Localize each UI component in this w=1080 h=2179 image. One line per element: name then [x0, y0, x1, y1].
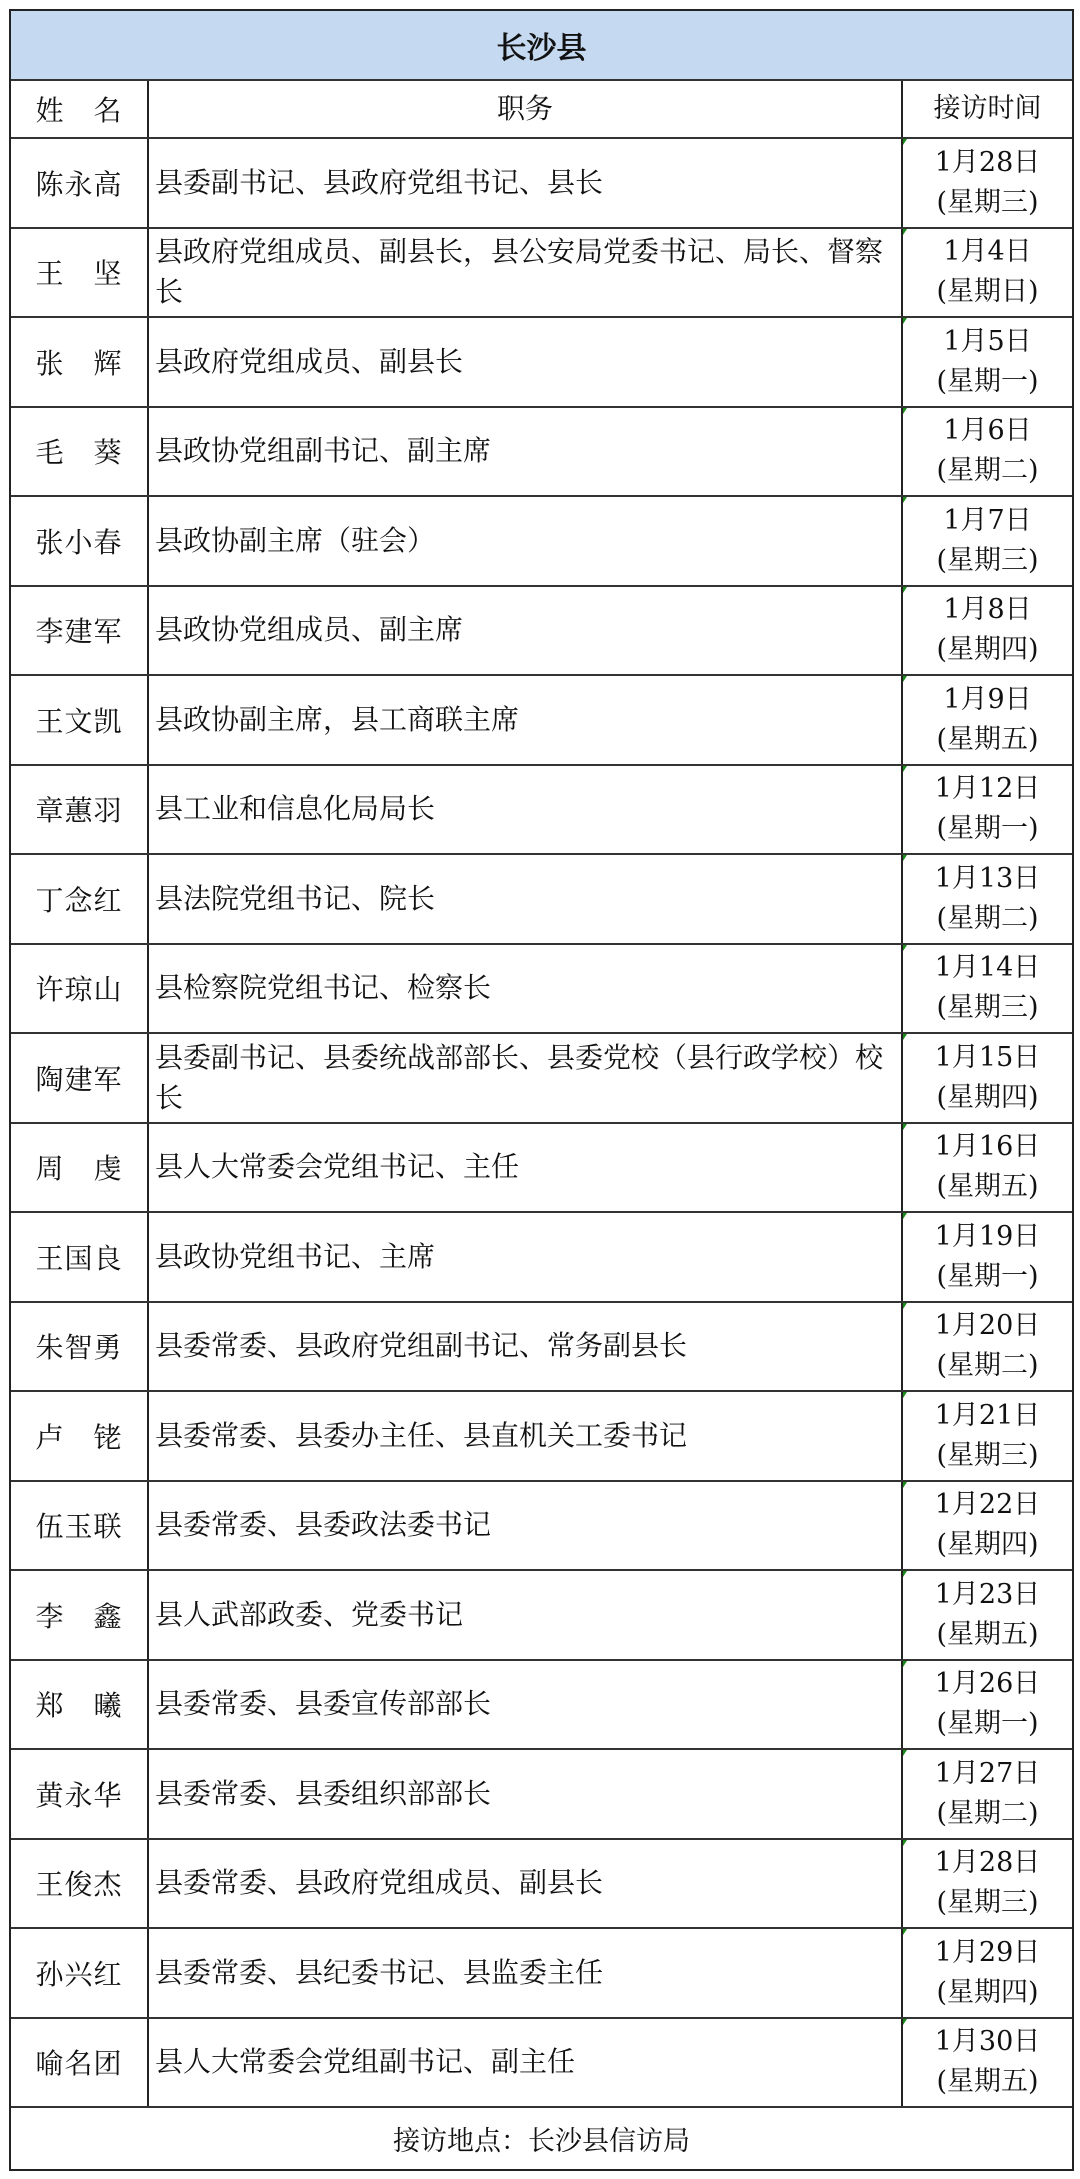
table-title: 长沙县 [11, 11, 1072, 81]
reception-time: 1月16日(星期五) [903, 1124, 1072, 1212]
official-position: 县委常委、县政府党组成员、副县长 [149, 1840, 903, 1928]
reception-date: 1月22日 [935, 1485, 1041, 1525]
reception-weekday: (星期一) [936, 809, 1038, 849]
reception-weekday: (星期三) [936, 541, 1038, 581]
reception-date: 1月5日 [943, 322, 1031, 362]
table-row: 卢 铑县委常委、县委办主任、县直机关工委书记1月21日(星期三) [11, 1392, 1072, 1482]
table-row: 朱智勇县委常委、县政府党组副书记、常务副县长1月20日(星期二) [11, 1303, 1072, 1393]
reception-time: 1月5日(星期一) [903, 318, 1072, 406]
official-position: 县政协党组副书记、副主席 [149, 408, 903, 496]
reception-weekday: (星期五) [936, 720, 1038, 760]
reception-weekday: (星期二) [936, 1794, 1038, 1834]
reception-date: 1月7日 [943, 501, 1031, 541]
reception-time: 1月14日(星期三) [903, 945, 1072, 1033]
table-row: 王文凯县政协副主席，县工商联主席1月9日(星期五) [11, 676, 1072, 766]
reception-time: 1月22日(星期四) [903, 1482, 1072, 1570]
table-row: 毛 葵县政协党组副书记、副主席1月6日(星期二) [11, 408, 1072, 498]
table-row: 王 坚县政府党组成员、副县长，县公安局党委书记、局长、督察长1月4日(星期日) [11, 229, 1072, 319]
reception-date: 1月4日 [943, 232, 1031, 272]
official-name: 朱智勇 [11, 1303, 149, 1391]
header-row: 姓 名 职务 接访时间 [11, 81, 1072, 139]
official-name: 王 坚 [11, 229, 149, 317]
reception-weekday: (星期日) [936, 272, 1038, 312]
table-row: 王国良县政协党组书记、主席1月19日(星期一) [11, 1213, 1072, 1303]
official-name: 伍玉联 [11, 1482, 149, 1570]
reception-time: 1月20日(星期二) [903, 1303, 1072, 1391]
reception-time: 1月15日(星期四) [903, 1034, 1072, 1122]
official-position: 县委副书记、县政府党组书记、县长 [149, 139, 903, 227]
reception-weekday: (星期二) [936, 451, 1038, 491]
reception-date: 1月26日 [935, 1664, 1041, 1704]
reception-weekday: (星期三) [936, 1883, 1038, 1923]
official-name: 孙兴红 [11, 1929, 149, 2017]
table-row: 孙兴红县委常委、县纪委书记、县监委主任1月29日(星期四) [11, 1929, 1072, 2019]
official-position: 县检察院党组书记、检察长 [149, 945, 903, 1033]
table-row: 周 虔县人大常委会党组书记、主任1月16日(星期五) [11, 1124, 1072, 1214]
official-name: 陶建军 [11, 1034, 149, 1122]
official-name: 王文凯 [11, 676, 149, 764]
reception-time: 1月21日(星期三) [903, 1392, 1072, 1480]
reception-weekday: (星期三) [936, 183, 1038, 223]
official-name: 王国良 [11, 1213, 149, 1301]
official-name: 丁念红 [11, 855, 149, 943]
table-row: 张小春县政协副主席（驻会）1月7日(星期三) [11, 497, 1072, 587]
header-time: 接访时间 [903, 81, 1072, 137]
reception-weekday: (星期一) [936, 1704, 1038, 1744]
reception-schedule-table: 长沙县 姓 名 职务 接访时间 陈永高县委副书记、县政府党组书记、县长1月28日… [9, 9, 1074, 2171]
reception-date: 1月23日 [935, 1575, 1041, 1615]
reception-time: 1月9日(星期五) [903, 676, 1072, 764]
table-row: 丁念红县法院党组书记、院长1月13日(星期二) [11, 855, 1072, 945]
official-name: 王俊杰 [11, 1840, 149, 1928]
reception-date: 1月20日 [935, 1306, 1041, 1346]
official-position: 县人大常委会党组副书记、副主任 [149, 2019, 903, 2107]
reception-date: 1月28日 [935, 1843, 1041, 1883]
reception-time: 1月4日(星期日) [903, 229, 1072, 317]
table-row: 黄永华县委常委、县委组织部部长1月27日(星期二) [11, 1750, 1072, 1840]
reception-time: 1月7日(星期三) [903, 497, 1072, 585]
reception-weekday: (星期五) [936, 1167, 1038, 1207]
reception-time: 1月19日(星期一) [903, 1213, 1072, 1301]
reception-time: 1月8日(星期四) [903, 587, 1072, 675]
official-position: 县人大常委会党组书记、主任 [149, 1124, 903, 1212]
reception-time: 1月13日(星期二) [903, 855, 1072, 943]
reception-time: 1月30日(星期五) [903, 2019, 1072, 2107]
official-position: 县委常委、县委办主任、县直机关工委书记 [149, 1392, 903, 1480]
reception-date: 1月28日 [935, 143, 1041, 183]
official-position: 县政府党组成员、副县长，县公安局党委书记、局长、督察长 [149, 229, 903, 317]
official-name: 章蕙羽 [11, 766, 149, 854]
official-position: 县政协副主席，县工商联主席 [149, 676, 903, 764]
reception-time: 1月12日(星期一) [903, 766, 1072, 854]
reception-location: 接访地点：长沙县信访局 [11, 2108, 1072, 2169]
reception-time: 1月6日(星期二) [903, 408, 1072, 496]
header-position: 职务 [149, 81, 903, 137]
reception-time: 1月27日(星期二) [903, 1750, 1072, 1838]
table-row: 许琼山县检察院党组书记、检察长1月14日(星期三) [11, 945, 1072, 1035]
official-name: 李 鑫 [11, 1571, 149, 1659]
official-position: 县委副书记、县委统战部部长、县委党校（县行政学校）校长 [149, 1034, 903, 1122]
table-row: 郑 曦县委常委、县委宣传部部长1月26日(星期一) [11, 1661, 1072, 1751]
official-position: 县工业和信息化局局长 [149, 766, 903, 854]
reception-weekday: (星期四) [936, 1525, 1038, 1565]
official-name: 李建军 [11, 587, 149, 675]
reception-date: 1月6日 [943, 411, 1031, 451]
official-name: 喻名团 [11, 2019, 149, 2107]
reception-time: 1月28日(星期三) [903, 139, 1072, 227]
official-name: 许琼山 [11, 945, 149, 1033]
reception-date: 1月12日 [935, 769, 1041, 809]
table-row: 李 鑫县人武部政委、党委书记1月23日(星期五) [11, 1571, 1072, 1661]
table-row: 王俊杰县委常委、县政府党组成员、副县长1月28日(星期三) [11, 1840, 1072, 1930]
table-row: 陈永高县委副书记、县政府党组书记、县长1月28日(星期三) [11, 139, 1072, 229]
official-name: 周 虔 [11, 1124, 149, 1212]
official-name: 陈永高 [11, 139, 149, 227]
reception-date: 1月30日 [935, 2022, 1041, 2062]
official-position: 县委常委、县纪委书记、县监委主任 [149, 1929, 903, 2017]
official-position: 县政协党组成员、副主席 [149, 587, 903, 675]
official-position: 县委常委、县委政法委书记 [149, 1482, 903, 1570]
reception-date: 1月27日 [935, 1754, 1041, 1794]
reception-date: 1月16日 [935, 1127, 1041, 1167]
official-name: 张 辉 [11, 318, 149, 406]
official-name: 卢 铑 [11, 1392, 149, 1480]
reception-date: 1月9日 [943, 680, 1031, 720]
reception-date: 1月8日 [943, 590, 1031, 630]
reception-weekday: (星期四) [936, 1973, 1038, 2013]
reception-date: 1月13日 [935, 859, 1041, 899]
official-position: 县委常委、县委宣传部部长 [149, 1661, 903, 1749]
reception-weekday: (星期三) [936, 988, 1038, 1028]
reception-weekday: (星期一) [936, 362, 1038, 402]
table-row: 喻名团县人大常委会党组副书记、副主任1月30日(星期五) [11, 2019, 1072, 2109]
table-row: 张 辉县政府党组成员、副县长1月5日(星期一) [11, 318, 1072, 408]
official-name: 张小春 [11, 497, 149, 585]
official-name: 郑 曦 [11, 1661, 149, 1749]
reception-time: 1月23日(星期五) [903, 1571, 1072, 1659]
reception-date: 1月14日 [935, 948, 1041, 988]
reception-time: 1月26日(星期一) [903, 1661, 1072, 1749]
official-position: 县政府党组成员、副县长 [149, 318, 903, 406]
official-position: 县法院党组书记、院长 [149, 855, 903, 943]
reception-weekday: (星期二) [936, 1346, 1038, 1386]
reception-time: 1月29日(星期四) [903, 1929, 1072, 2017]
table-row: 伍玉联县委常委、县委政法委书记1月22日(星期四) [11, 1482, 1072, 1572]
reception-weekday: (星期三) [936, 1436, 1038, 1476]
reception-weekday: (星期一) [936, 1257, 1038, 1297]
reception-date: 1月19日 [935, 1217, 1041, 1257]
reception-date: 1月29日 [935, 1933, 1041, 1973]
reception-date: 1月15日 [935, 1038, 1041, 1078]
official-position: 县政协副主席（驻会） [149, 497, 903, 585]
table-row: 李建军县政协党组成员、副主席1月8日(星期四) [11, 587, 1072, 677]
reception-weekday: (星期二) [936, 899, 1038, 939]
official-position: 县人武部政委、党委书记 [149, 1571, 903, 1659]
official-position: 县委常委、县委组织部部长 [149, 1750, 903, 1838]
reception-weekday: (星期五) [936, 1615, 1038, 1655]
official-position: 县委常委、县政府党组副书记、常务副县长 [149, 1303, 903, 1391]
official-position: 县政协党组书记、主席 [149, 1213, 903, 1301]
reception-time: 1月28日(星期三) [903, 1840, 1072, 1928]
reception-weekday: (星期四) [936, 1078, 1038, 1118]
header-name: 姓 名 [11, 81, 149, 137]
table-row: 陶建军县委副书记、县委统战部部长、县委党校（县行政学校）校长1月15日(星期四) [11, 1034, 1072, 1124]
reception-date: 1月21日 [935, 1396, 1041, 1436]
official-name: 毛 葵 [11, 408, 149, 496]
table-row: 章蕙羽县工业和信息化局局长1月12日(星期一) [11, 766, 1072, 856]
reception-weekday: (星期五) [936, 2062, 1038, 2102]
official-name: 黄永华 [11, 1750, 149, 1838]
reception-weekday: (星期四) [936, 630, 1038, 670]
